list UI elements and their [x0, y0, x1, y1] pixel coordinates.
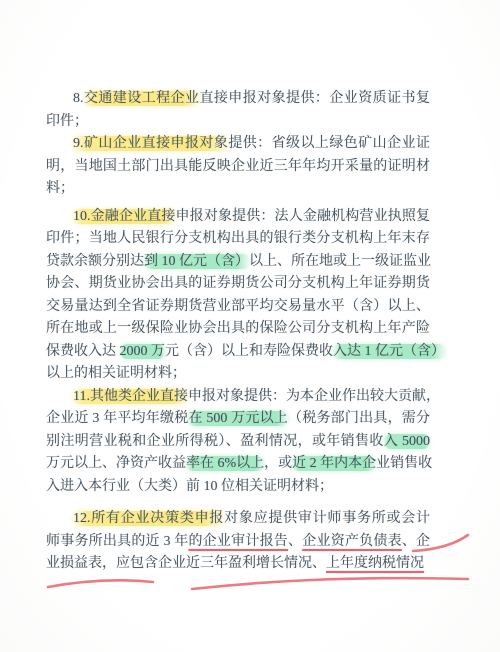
- highlighted-text-yellow: 11.其他类企业直接: [73, 389, 188, 404]
- text-segment: 8.: [73, 91, 84, 106]
- text-segment: 印件；: [46, 114, 88, 129]
- text-segment: 别注明营业税和企业所得税）、盈利情况，或年销售收: [46, 434, 384, 449]
- text-segment: ，或: [264, 456, 292, 471]
- highlighted-text-green: 入达 1 亿元（含）: [333, 344, 445, 359]
- text-segment: 以上、所在地或上一级证监业: [249, 254, 431, 269]
- text-line: 别注明营业税和企业所得税）、盈利情况，或年销售收入 5000: [46, 431, 430, 454]
- text-line: 以上的相关证明材料；: [46, 363, 430, 386]
- text-segment: 保费收入达: [46, 344, 120, 359]
- text-line: 协会、期货业协会出具的证券期货公司分支机构上年证券期货: [46, 273, 430, 296]
- text-line: 8.交通建设工程企业直接申报对象提供：企业资质证书复: [46, 88, 430, 111]
- red-swoosh-under-growth-and-tax: [192, 578, 468, 589]
- text-segment: 申报对象提供：为本企业作出较大贡献，: [188, 389, 440, 404]
- text-line: 料；: [46, 178, 430, 201]
- text-segment: 元（含）以上和寿险保费收: [165, 344, 333, 359]
- text-segment: 对象应提供审计师事务所或会计: [224, 511, 430, 526]
- highlighted-text-yellow: 10.金融企业直接: [73, 209, 176, 224]
- text-segment: 协会、期货业协会出具的证券期货公司分支机构上年证券期货: [46, 276, 430, 291]
- text-segment: 业销售收: [376, 456, 432, 471]
- paragraph-item-10-finance: 10.金融企业直接申报对象提供：法人金融机构营业执照复印件；当地人民银行分支机构…: [46, 206, 430, 386]
- text-line: 贷款余额分别达到 10 亿元（含）以上、所在地或上一级证监业: [46, 251, 430, 274]
- text-segment: 企业近 3 年平均年缴税: [46, 411, 188, 426]
- text-segment: 以上的相关证明材料；: [46, 366, 186, 381]
- text-segment: 业损益表，应包含企业近三年盈利增长情况、: [46, 556, 326, 571]
- text-segment: 料；: [46, 181, 74, 196]
- text-segment: 入进入本行业（大类）前 10 位相关证明材料；: [46, 479, 333, 494]
- highlighted-text-green: 率在 6%以上: [186, 456, 264, 471]
- text-line: 业损益表，应包含企业近三年盈利增长情况、上年度纳税情况: [46, 553, 430, 576]
- text-line: 明，当地国土部门出具能反映企业近三年年均开采量的证明材: [46, 156, 430, 179]
- red-underlined-text: 上年度纳税情况: [326, 556, 424, 571]
- highlighted-text-green: 2000 万: [120, 344, 166, 359]
- text-segment: 印件；当地人民银行分支机构出具的银行类分支机构上年末存: [46, 231, 430, 246]
- text-segment: 交易量达到全省证券期货营业部平均交易量水平（含）以上、: [46, 299, 430, 314]
- text-line: 交易量达到全省证券期货营业部平均交易量水平（含）以上、: [46, 296, 430, 319]
- text-line: 10.金融企业直接申报对象提供：法人金融机构营业执照复: [46, 206, 430, 229]
- scanned-document-page: 8.交通建设工程企业直接申报对象提供：企业资质证书复印件；9.矿山企业直接申报对…: [0, 0, 500, 652]
- red-underlined-text: 企业资产负债表: [302, 534, 402, 549]
- text-segment: 、: [288, 534, 302, 549]
- text-line: 印件；: [46, 111, 430, 134]
- highlighted-text-yellow: 9.矿山企业直接申报对象: [73, 136, 228, 151]
- highlighted-text-green: 近 2 年内本企: [292, 456, 376, 471]
- paragraph-item-9-mining: 9.矿山企业直接申报对象提供：省级以上绿色矿山企业证明，当地国土部门出具能反映企…: [46, 133, 430, 201]
- text-segment: 师事务所出具的近 3 年: [46, 534, 188, 549]
- text-line: 9.矿山企业直接申报对象提供：省级以上绿色矿山企业证: [46, 133, 430, 156]
- text-line: 所在地或上一级保险业协会出具的保险公司分支机构上年产险: [46, 318, 430, 341]
- highlighted-text-green: 到 10 亿元（含）: [144, 254, 249, 269]
- highlighted-text-green: 入 5000: [384, 434, 430, 449]
- text-line: 企业近 3 年平均年缴税在 500 万元以上（税务部门出具，需分: [46, 408, 430, 431]
- highlighted-text-green: 在 500 万元以上: [188, 411, 288, 426]
- text-segment: 申报对象提供：法人金融机构营业执照复: [176, 209, 430, 224]
- text-segment: 提供：省级以上绿色矿山企业证: [228, 136, 430, 151]
- text-line: 印件；当地人民银行分支机构出具的银行类分支机构上年末存: [46, 228, 430, 251]
- text-segment: 万元以上、净资产收益: [46, 456, 186, 471]
- text-segment: 、企: [402, 534, 430, 549]
- text-line: 保费收入达 2000 万元（含）以上和寿险保费收入达 1 亿元（含）: [46, 341, 430, 364]
- text-segment: （税务部门出具，需分: [288, 411, 430, 426]
- highlighted-text-yellow: 12.所有企业决策类申报: [73, 511, 224, 526]
- text-segment: 所在地或上一级保险业协会出具的保险公司分支机构上年产险: [46, 321, 430, 336]
- text-line: 师事务所出具的近 3 年的企业审计报告、企业资产负债表、企: [46, 531, 430, 554]
- red-underlined-text: 的企业审计报告: [188, 534, 288, 549]
- paragraph-item-8-transport-construction: 8.交通建设工程企业直接申报对象提供：企业资质证书复印件；: [46, 88, 430, 133]
- document-body: 8.交通建设工程企业直接申报对象提供：企业资质证书复印件；9.矿山企业直接申报对…: [46, 88, 430, 576]
- paragraph-item-12-decision-documents: 12.所有企业决策类申报对象应提供审计师事务所或会计师事务所出具的近 3 年的企…: [46, 508, 430, 576]
- highlighted-text-yellow: 交通建设工程企业: [84, 91, 200, 106]
- paragraph-item-11-other-enterprises: 11.其他类企业直接申报对象提供：为本企业作出较大贡献，企业近 3 年平均年缴税…: [46, 386, 430, 499]
- text-line: 万元以上、净资产收益率在 6%以上，或近 2 年内本企业销售收: [46, 453, 430, 476]
- text-segment: 明，当地国土部门出具能反映企业近三年年均开采量的证明材: [46, 159, 430, 174]
- text-line: 12.所有企业决策类申报对象应提供审计师事务所或会计: [46, 508, 430, 531]
- red-swoosh-under-profit-loss-statement: [48, 580, 153, 587]
- text-line: 入进入本行业（大类）前 10 位相关证明材料；: [46, 476, 430, 499]
- text-line: 11.其他类企业直接申报对象提供：为本企业作出较大贡献，: [46, 386, 430, 409]
- text-segment: 贷款余额分别达: [46, 254, 144, 269]
- text-segment: 直接申报对象提供：企业资质证书复: [199, 91, 430, 106]
